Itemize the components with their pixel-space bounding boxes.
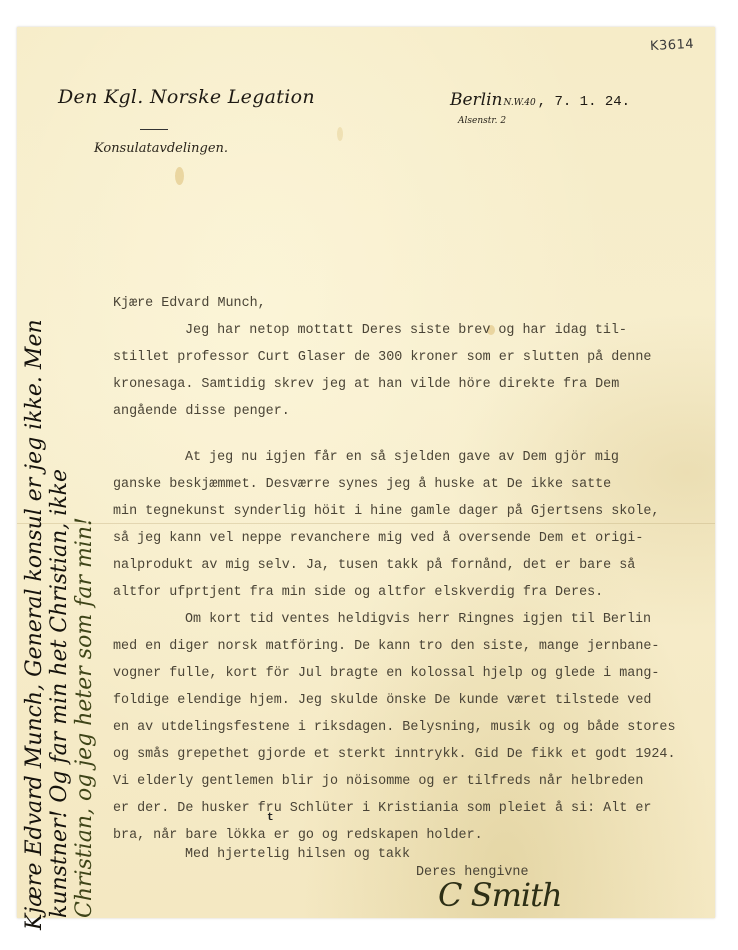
body-line: er der. De husker fru Schlüter i Kristia… [113,801,651,816]
letterhead-organization: Den Kgl. Norske Legation [58,86,315,108]
letter-date: , 7. 1. 24. [538,94,630,110]
paper-stain [175,167,184,185]
signature: C Smith [438,876,562,914]
body-line: At jeg nu igjen får en så sjelden gave a… [185,450,619,465]
body-line: bra, når bare lökka er go og redskapen h… [113,828,483,843]
body-line: ganske beskjæmmet. Desværre synes jeg å … [113,477,611,492]
margin-note-line: Kjære Edvard Munch, General konsul er je… [22,319,47,930]
paper-stain [337,127,343,141]
body-line: angående disse penger. [113,404,290,419]
street-address: Alsenstr. 2 [458,116,506,126]
archive-number: K3614 [650,37,695,54]
salutation: Kjære Edvard Munch, [113,296,266,311]
place-and-date: BerlinN.W.40, 7. 1. 24. [450,90,630,110]
body-line: Om kort tid ventes heldigvis herr Ringne… [185,612,651,627]
letterhead-divider [140,129,168,130]
body-line: nalprodukt av mig selv. Ja, tusen takk p… [113,558,635,573]
body-line: med en diger norsk matföring. De kann tr… [113,639,659,654]
body-line: altfor ufprtjent fra min side og altfor … [113,585,603,600]
margin-note-line: Christian, og jeg heter som far min! [72,517,97,918]
body-line: kronesaga. Samtidig skrev jeg at han vil… [113,377,619,392]
body-line: stillet professor Curt Glaser de 300 kro… [113,350,651,365]
body-line: Vi elderly gentlemen blir jo nöisomme og… [113,774,643,789]
closing-line: Med hjertelig hilsen og takk [185,847,410,862]
body-line: foldige elendige hjem. Jeg skulde önske … [113,693,651,708]
handwritten-correction: t [267,812,274,824]
body-line: min tegnekunst synderlig höit i hine gam… [113,504,659,519]
body-line: og smås grepethet gjorde et sterkt inntr… [113,747,676,762]
city: Berlin [450,90,503,110]
body-line: en av utdelingsfestene i riksdagen. Bely… [113,720,676,735]
margin-note-line: kunstner! Og far min het Christian, ikke [47,469,72,918]
body-line: så jeg kann vel neppe revanchere mig ved… [113,531,643,546]
letterhead-department: Konsulatavdelingen. [94,141,228,156]
body-line: Jeg har netop mottatt Deres siste brev o… [185,323,627,338]
postal-district: N.W.40 [504,98,536,108]
body-line: vogner fulle, kort för Jul bragte en kol… [113,666,659,681]
paper-fold-crease [17,523,715,524]
